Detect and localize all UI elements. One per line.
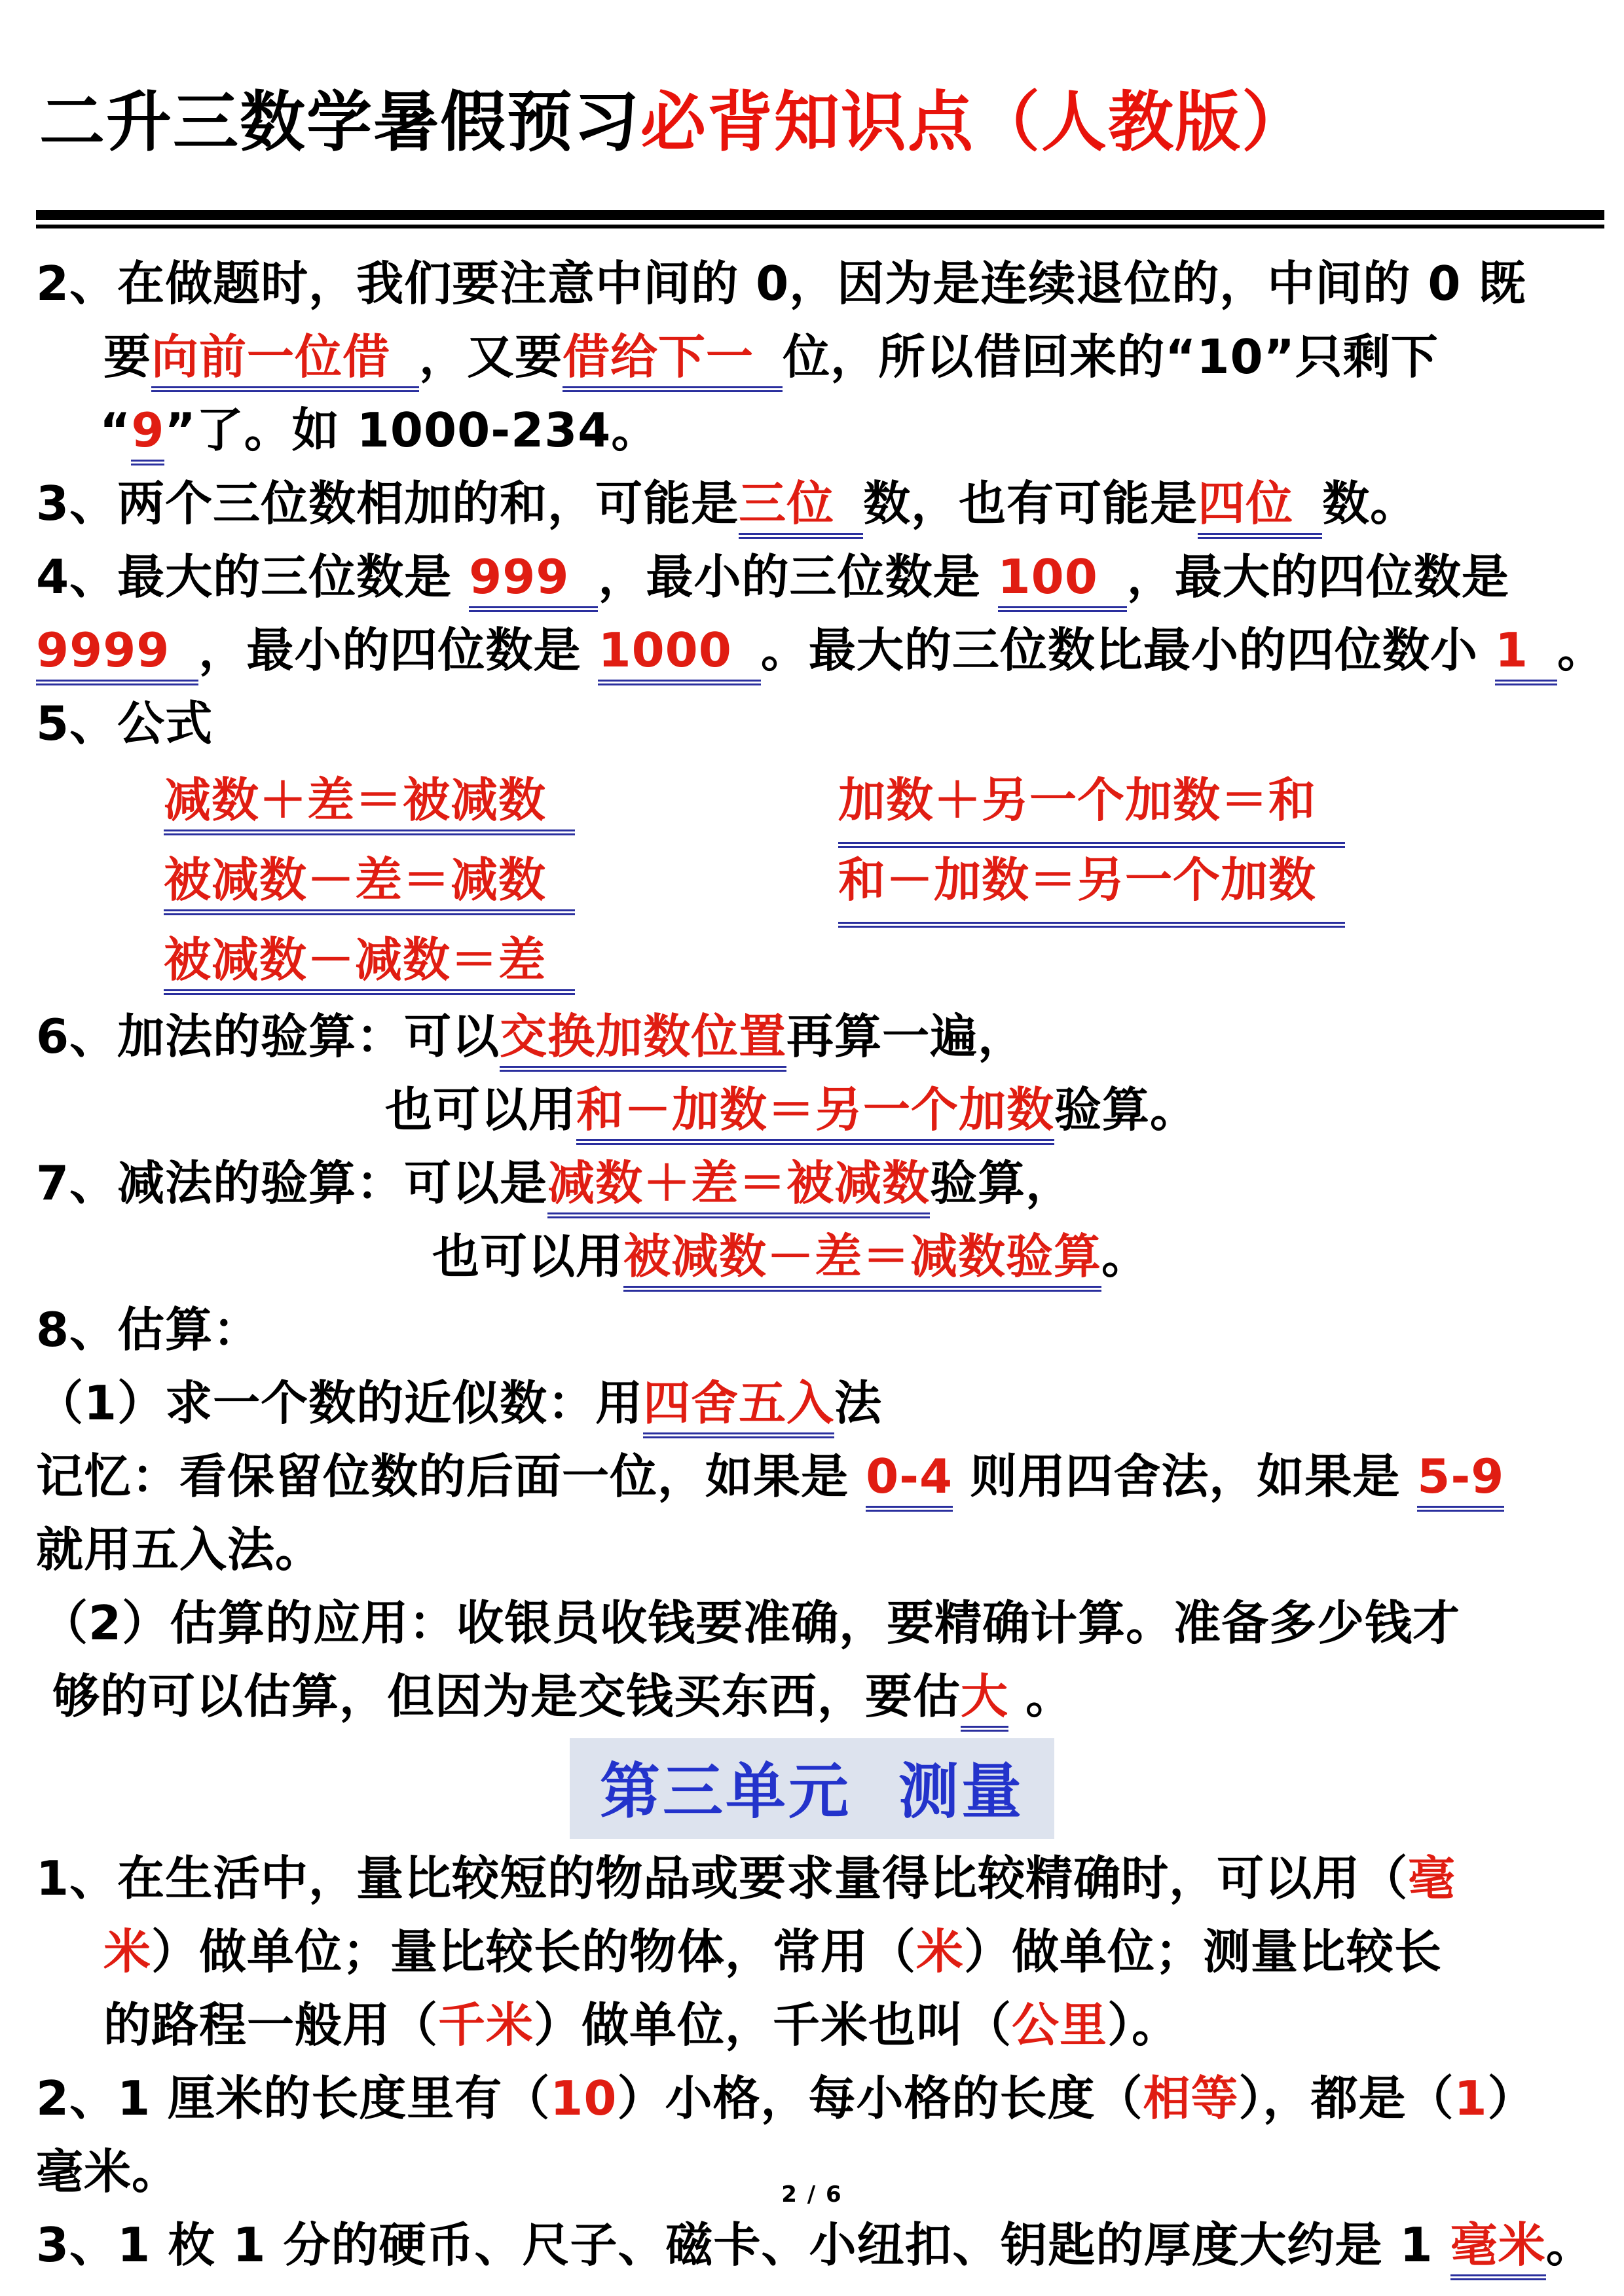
text-segment: （2）估算的应用：收银员收钱要准确，要精确计算。准备多少钱才: [41, 1595, 1460, 1650]
text-segment: ）: [1488, 2071, 1536, 2126]
text-segment: 验算，: [930, 1156, 1073, 1211]
answer-text: 相等: [1143, 2071, 1238, 2126]
text-line: 2、在做题时，我们要注意中间的 0，因为是连续退位的，中间的 0 既: [0, 247, 1624, 320]
text-segment: “: [100, 403, 131, 458]
text-line: 也可以用被减数－差＝减数验算。: [0, 1220, 1624, 1293]
text-segment: 8、估算：: [36, 1302, 261, 1357]
text-segment: 记忆：看保留位数的后面一位，如果是: [36, 1449, 866, 1504]
text-segment: 要: [103, 329, 151, 384]
text-line: 6、加法的验算：可以交换加数位置再算一遍，: [0, 1000, 1624, 1073]
answer-text: 被减数－减数＝差: [164, 932, 575, 995]
text-line: 7、减法的验算：可以是减数＋差＝被减数验算，: [0, 1146, 1624, 1220]
text-segment: 。: [1546, 2217, 1594, 2272]
text-segment: 4、最大的三位数是: [36, 549, 469, 604]
text-segment: ），都是（: [1239, 2071, 1454, 2126]
answer-text: 借给下一: [563, 329, 783, 392]
answer-text: 被减数－差＝减数: [164, 852, 575, 915]
text-segment: 则用四舍法，如果是: [953, 1449, 1417, 1504]
text-segment: ）做单位；量比较长的物体，常用（: [151, 1924, 916, 1979]
title-underline-thick: [36, 210, 1604, 220]
text-line: 米）做单位；量比较长的物体，常用（米）做单位；测量比较长: [0, 1915, 1624, 1988]
text-line: 减数＋差＝被减数加数＋另一个加数＝和: [0, 760, 1624, 840]
text-segment: 也可以用: [432, 1229, 623, 1284]
text-segment: ”了。如 1000-234。: [164, 403, 659, 458]
answer-text: 加数＋另一个加数＝和: [838, 760, 1345, 848]
answer-text: 1000: [598, 623, 760, 685]
answer-text: 公里: [1012, 1997, 1107, 2052]
text-segment: （1）求一个数的近似数：用: [36, 1376, 643, 1430]
text-segment: ）。: [1107, 1997, 1179, 2052]
content-lines-top: 2、在做题时，我们要注意中间的 0，因为是连续退位的，中间的 0 既要向前一位借…: [0, 247, 1624, 1733]
answer-text: 四位: [1198, 476, 1322, 539]
text-segment: 6、加法的验算：可以: [36, 1009, 500, 1064]
text-segment: 。: [1557, 623, 1605, 678]
answer-text: 交换加数位置: [500, 1009, 786, 1072]
text-segment: 位，所以借回来的“10”只剩下: [783, 329, 1439, 384]
answer-text: 米: [916, 1924, 964, 1979]
text-segment: 5、公式: [36, 696, 213, 751]
text-line: 2、1 厘米的长度里有（10）小格，每小格的长度（相等），都是（1）: [0, 2062, 1624, 2135]
text-segment: 3、1 枚 1 分的硬币、尺子、磁卡、小纽扣、钥匙的厚度大约是 1: [36, 2217, 1450, 2272]
page-number: 2 / 6: [0, 2181, 1624, 2208]
answer-text: 和－加数＝另一个加数: [838, 840, 1345, 928]
answer-text: 1: [1495, 623, 1557, 685]
text-segment: 就用五入法。: [36, 1522, 323, 1577]
answer-text: 向前一位借: [151, 329, 419, 392]
text-line: 要向前一位借，又要借给下一位，所以借回来的“10”只剩下: [0, 320, 1624, 393]
text-line: 9999，最小的四位数是 1000。最大的三位数比最小的四位数小 1。: [0, 613, 1624, 687]
answer-text: 大: [961, 1669, 1008, 1732]
text-segment: 再算一遍，: [786, 1009, 1025, 1064]
answer-text: 10: [550, 2071, 617, 2126]
text-segment: ，最大的四位数是: [1127, 549, 1509, 604]
answer-text: 减数＋差＝被减数: [164, 773, 575, 835]
text-segment: 。: [1101, 1229, 1149, 1284]
text-segment: 数。: [1322, 476, 1418, 531]
text-segment: ，又要: [419, 329, 563, 384]
text-line: 3、1 枚 1 分的硬币、尺子、磁卡、小纽扣、钥匙的厚度大约是 1 毫米。: [0, 2208, 1624, 2282]
text-line: 3、两个三位数相加的和，可能是三位数，也有可能是四位数。: [0, 467, 1624, 540]
text-segment: ）小格，每小格的长度（: [617, 2071, 1143, 2126]
text-line: 5、公式: [0, 687, 1624, 760]
text-line: 被减数－差＝减数和－加数＝另一个加数: [0, 840, 1624, 920]
text-segment: 7、减法的验算：可以是: [36, 1156, 547, 1211]
answer-text: 0-4: [866, 1449, 953, 1512]
text-segment: 。最大的三位数比最小的四位数小: [761, 623, 1495, 678]
answer-text: 毫: [1408, 1851, 1456, 1906]
answer-text: 被减数－差＝减数验算: [623, 1229, 1101, 1292]
text-segment: 够的可以估算，但因为是交钱买东西，要估: [52, 1669, 961, 1724]
text-line: 也可以用和－加数＝另一个加数验算。: [0, 1073, 1624, 1146]
answer-text: 100: [998, 549, 1127, 612]
text-line: 1、在生活中，量比较短的物品或要求量得比较精确时，可以用（毫: [0, 1842, 1624, 1915]
text-segment: 1、在生活中，量比较短的物品或要求量得比较精确时，可以用（: [36, 1851, 1408, 1906]
text-segment: 2、在做题时，我们要注意中间的 0，因为是连续退位的，中间的 0 既: [36, 256, 1526, 311]
answer-text: 5-9: [1417, 1449, 1504, 1512]
section-header: 第三单元 测量: [570, 1738, 1054, 1839]
text-line: 够的可以估算，但因为是交钱买东西，要估大 。: [0, 1660, 1624, 1733]
text-segment: ，最小的四位数是: [198, 623, 598, 678]
text-line: 记忆：看保留位数的后面一位，如果是 0-4 则用四舍法，如果是 5-9: [0, 1440, 1624, 1513]
answer-text: 1: [1454, 2071, 1488, 2126]
title-underline-thin: [36, 225, 1604, 228]
document-page: 二升三数学暑假预习必背知识点（人教版） 2、在做题时，我们要注意中间的 0，因为…: [0, 0, 1624, 2296]
text-segment: 法: [834, 1376, 882, 1430]
page-title: 二升三数学暑假预习必背知识点（人教版）: [0, 44, 1624, 166]
text-line: 被减数－减数＝差: [0, 920, 1624, 1000]
answer-text: 减数＋差＝被减数: [547, 1156, 930, 1218]
text-segment: 验算。: [1054, 1082, 1198, 1137]
answer-text: 三位: [739, 476, 863, 539]
text-line: 的路程一般用（千米）做单位，千米也叫（公里）。: [0, 1988, 1624, 2062]
answer-text: 和－加数＝另一个加数: [576, 1082, 1054, 1145]
answer-text: 9: [131, 403, 164, 465]
section-header-row: 第三单元 测量: [0, 1740, 1624, 1838]
text-segment: ，最小的三位数是: [598, 549, 997, 604]
answer-text: 999: [469, 549, 598, 612]
text-line: 8、估算：: [0, 1293, 1624, 1366]
text-line: “9”了。如 1000-234。: [0, 393, 1624, 467]
answer-text: 四舍五入: [643, 1376, 834, 1438]
text-segment: 也可以用: [385, 1082, 576, 1137]
text-line: （1）求一个数的近似数：用四舍五入法: [0, 1366, 1624, 1440]
answer-text: 9999: [36, 623, 198, 685]
text-segment: 的路程一般用（: [103, 1997, 438, 2052]
title-black-part: 二升三数学暑假预习: [39, 84, 640, 160]
text-line: 就用五入法。: [0, 1513, 1624, 1586]
content-lines-bottom: 1、在生活中，量比较短的物品或要求量得比较精确时，可以用（毫米）做单位；量比较长…: [0, 1842, 1624, 2282]
document-body: 2、在做题时，我们要注意中间的 0，因为是连续退位的，中间的 0 既要向前一位借…: [0, 247, 1624, 2282]
title-red-part: 必背知识点（人教版）: [640, 84, 1308, 160]
text-segment: ）做单位，千米也叫（: [534, 1997, 1012, 2052]
text-segment: 。: [1008, 1669, 1073, 1724]
answer-text: 米: [103, 1924, 151, 1979]
answer-text: 毫米: [1450, 2217, 1546, 2280]
text-segment: ）做单位；测量比较长: [964, 1924, 1442, 1979]
answer-text: 千米: [438, 1997, 534, 2052]
text-segment: 数，也有可能是: [863, 476, 1198, 531]
text-line: 4、最大的三位数是 999，最小的三位数是 100，最大的四位数是: [0, 540, 1624, 613]
text-segment: 2、1 厘米的长度里有（: [36, 2071, 550, 2126]
text-line: （2）估算的应用：收银员收钱要准确，要精确计算。准备多少钱才: [0, 1586, 1624, 1660]
text-segment: 3、两个三位数相加的和，可能是: [36, 476, 739, 531]
